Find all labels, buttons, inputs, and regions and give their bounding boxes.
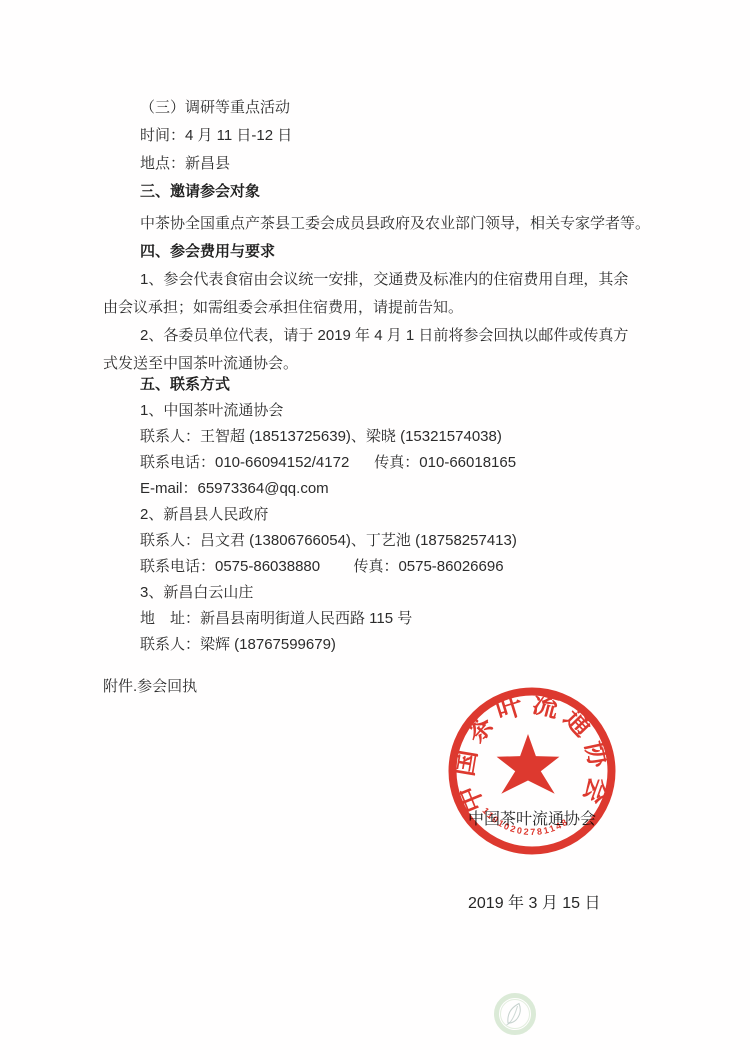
line-fee-2a: 2、各委员单位代表，请于 2019 年 4 月 1 日前将参会回执以邮件或传真方 [103,322,710,350]
line-email-1: E-mail：65973364@qq.com [103,476,710,502]
line-org-2: 2、新昌县人民政府 [103,502,710,528]
leaf-watermark-icon [493,992,537,1036]
seal-star-icon [497,734,560,794]
seal-serial-number: 11010202781148 [480,806,570,837]
official-seal-stamp-icon: 中国茶叶流通协会 11010202781148 [448,687,616,855]
line-contact-2: 联系人：吕文君 (13806766054)、丁艺池 (18758257413) [103,528,710,554]
line-org-1: 1、中国茶叶流通协会 [103,398,710,424]
line-activity-title: （三）调研等重点活动 [103,94,710,122]
line-attachment: 附件.参会回执 [103,674,710,700]
line-address-3: 地 址：新昌县南明街道人民西路 115 号 [103,606,710,632]
heading-fees: 四、参会费用与要求 [103,238,710,266]
svg-text:11010202781148: 11010202781148 [480,806,570,837]
line-contact-3: 联系人：梁辉 (18767599679) [103,632,710,658]
line-fee-1b: 由会议承担；如需组委会承担住宿费用，请提前告知。 [103,294,710,322]
line-time: 时间：4 月 11 日-12 日 [103,122,710,150]
line-org-3: 3、新昌白云山庄 [103,580,710,606]
signature-date: 2019 年 3 月 15 日 [468,890,601,918]
line-phone-fax-1: 联系电话：010-66094152/4172 传真：010-66018165 [103,450,710,476]
line-invitees: 中茶协全国重点产茶县工委会成员县政府及农业部门领导，相关专家学者等。 [103,210,710,238]
line-phone-fax-2: 联系电话：0575-86038880 传真：0575-86026696 [103,554,710,580]
line-location: 地点：新昌县 [103,150,710,178]
heading-invitees: 三、邀请参会对象 [103,178,710,206]
heading-contacts: 五、联系方式 [103,372,710,398]
line-fee-1a: 1、参会代表食宿由会议统一安排，交通费及标准内的住宿费用自理，其余 [103,266,710,294]
watermark-leaf [508,1004,520,1024]
document-body: （三）调研等重点活动 时间：4 月 11 日-12 日 地点：新昌县 三、邀请参… [103,94,710,700]
line-contact-1: 联系人：王智超 (18513725639)、梁晓 (15321574038) [103,424,710,450]
document-page: （三）调研等重点活动 时间：4 月 11 日-12 日 地点：新昌县 三、邀请参… [0,0,750,1060]
